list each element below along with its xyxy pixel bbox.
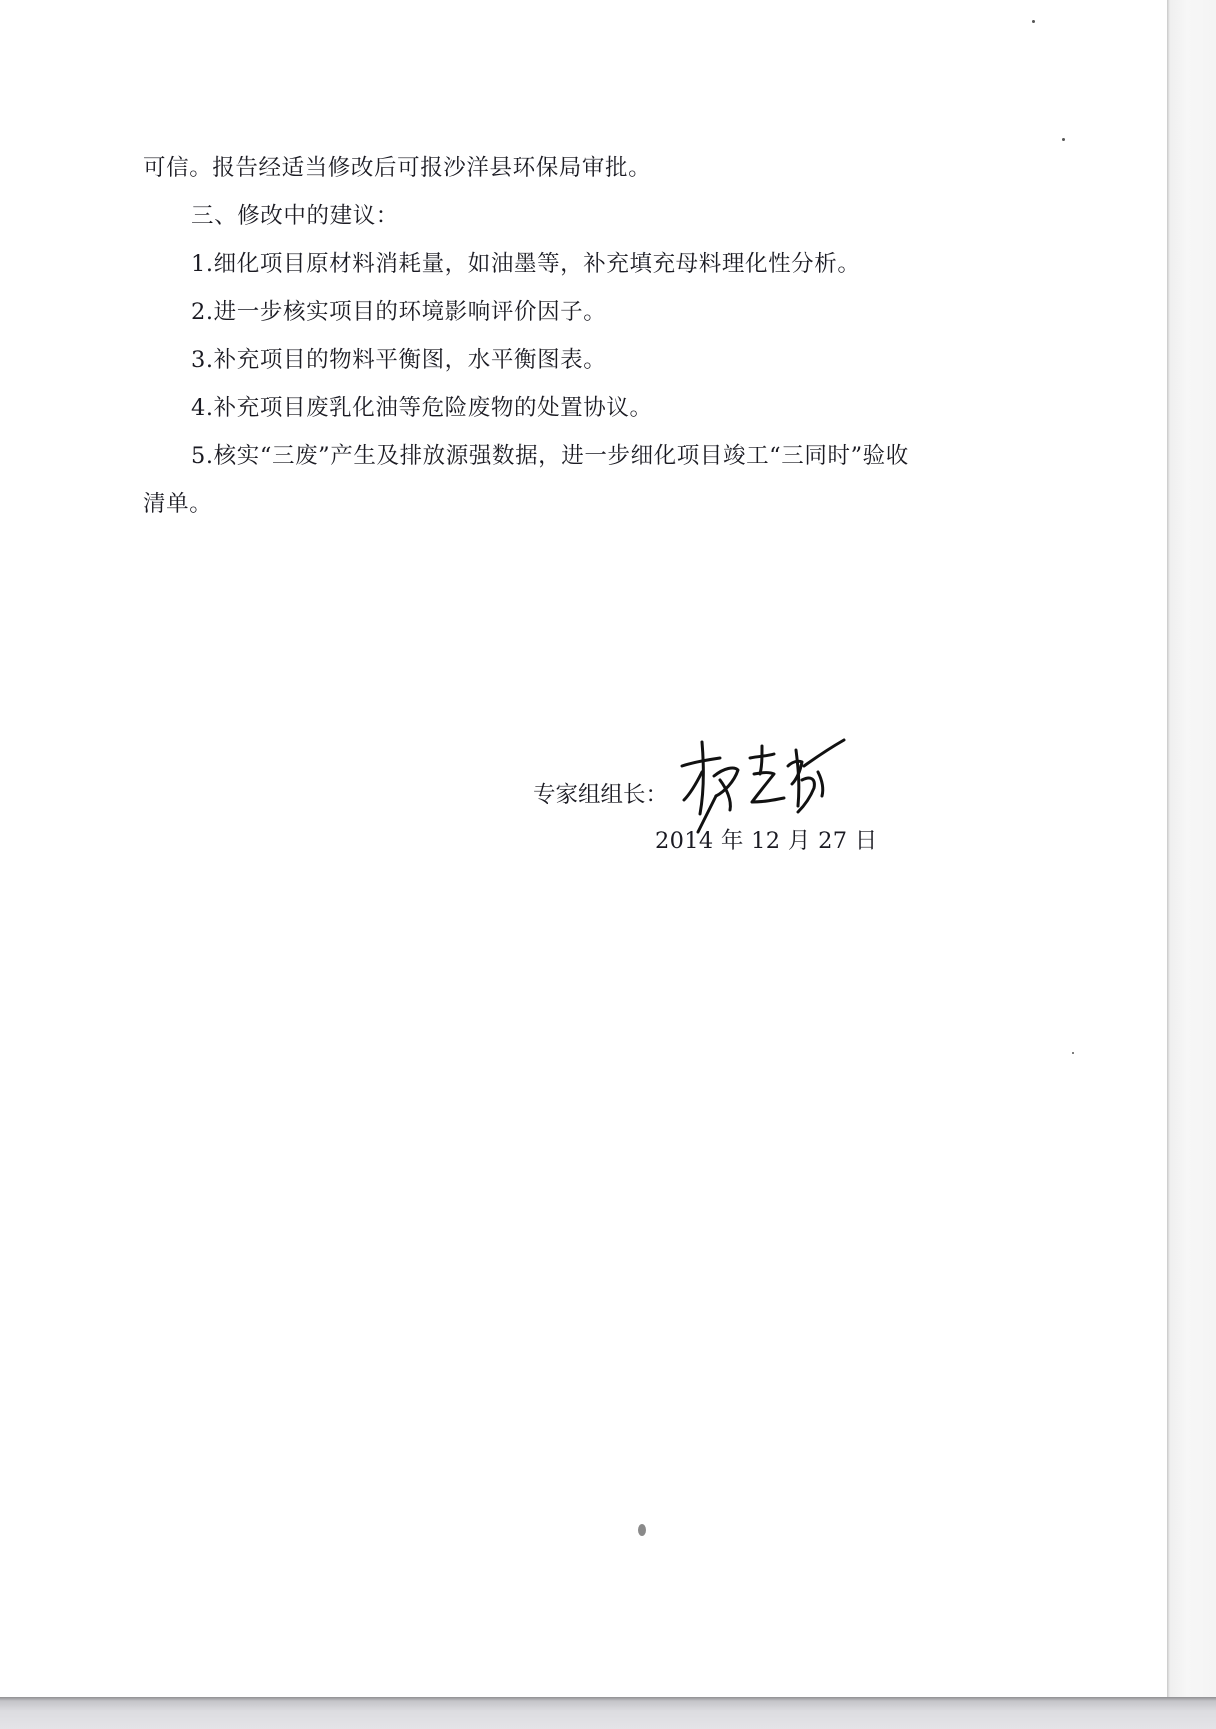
handwritten-signature xyxy=(676,736,846,836)
section-heading-suggestions: 三、修改中的建议： xyxy=(191,201,399,231)
signature-date: 2014 年 12 月 27 日 xyxy=(655,826,878,856)
suggestion-item-1: 1.细化项目原材料消耗量，如油墨等，补充填充母料理化性分析。 xyxy=(191,249,860,279)
suggestion-item-2: 2.进一步核实项目的环境影响评价因子。 xyxy=(191,297,606,327)
page-edge-right xyxy=(1167,0,1216,1697)
scan-speck xyxy=(1032,20,1035,23)
scan-speck xyxy=(638,1524,646,1536)
paragraph-conclusion-tail: 可信。报告经适当修改后可报沙洋县环保局审批。 xyxy=(143,153,651,183)
document-page: 可信。报告经适当修改后可报沙洋县环保局审批。 三、修改中的建议： 1.细化项目原… xyxy=(0,0,1167,1697)
suggestion-item-4: 4.补充项目废乳化油等危险废物的处置协议。 xyxy=(191,393,653,423)
suggestion-item-5: 5.核实“三废”产生及排放源强数据，进一步细化项目竣工“三同时”验收 xyxy=(191,441,909,471)
scan-speck xyxy=(1072,1052,1074,1054)
suggestion-item-3: 3.补充项目的物料平衡图，水平衡图表。 xyxy=(191,345,606,375)
signature-label: 专家组组长： xyxy=(533,780,668,810)
scan-speck xyxy=(1062,138,1065,141)
scanner-bottom-band xyxy=(0,1697,1216,1729)
suggestion-item-5-continued: 清单。 xyxy=(143,489,212,519)
